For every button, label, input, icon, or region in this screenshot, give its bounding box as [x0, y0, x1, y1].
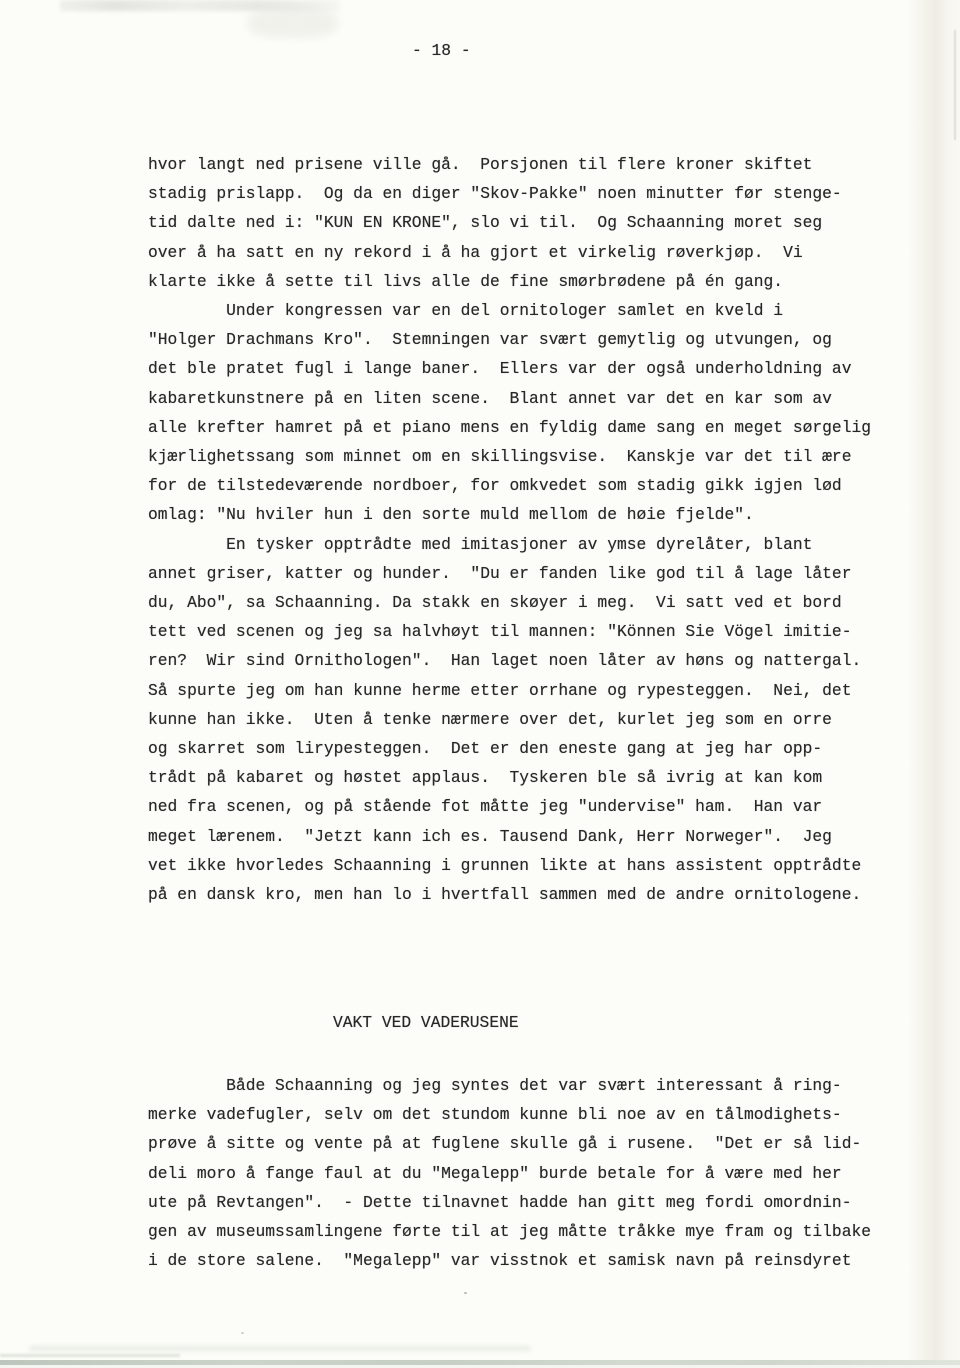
text-line: hvor langt ned prisene ville gå. Porsjon… [148, 150, 908, 179]
text-line: klarte ikke å sette til livs alle de fin… [148, 267, 908, 296]
scan-edge-right-band [908, 0, 960, 1368]
text-line: i de store salene. "Megalepp" var visstn… [148, 1246, 908, 1275]
text-line: du, Abo", sa Schaanning. Da stakk en skø… [148, 588, 908, 617]
text-line: ren? Wir sind Ornithologen". Han laget n… [148, 646, 908, 675]
text-line: kabaretkunstnere på en liten scene. Blan… [148, 384, 908, 413]
text-line: "Holger Drachmans Kro". Stemningen var s… [148, 325, 908, 354]
text-line: tid dalte ned i: "KUN EN KRONE", slo vi … [148, 208, 908, 237]
text-line: deli moro å fange faul at du "Megalepp" … [148, 1159, 908, 1188]
text-line: merke vadefugler, selv om det stundom ku… [148, 1100, 908, 1129]
scan-smudge-top-blob [248, 8, 338, 38]
scan-rule-bottom-left [0, 1354, 180, 1357]
text-line: annet griser, katter og hunder. "Du er f… [148, 559, 908, 588]
text-line: vet ikke hvorledes Schaanning i grunnen … [148, 851, 908, 880]
text-block-section: Både Schaanning og jeg syntes det var sv… [148, 1071, 908, 1275]
text-line: over å ha satt en ny rekord i å ha gjort… [148, 238, 908, 267]
text-line: ute på Revtangen". - Dette tilnavnet had… [148, 1188, 908, 1217]
section-heading: VAKT VED VADERUSENE [333, 1008, 519, 1037]
text-line: for de tilstedeværende nordboer, for omk… [148, 471, 908, 500]
page-number: - 18 - [412, 36, 471, 65]
scan-speck [464, 1292, 467, 1294]
scan-speck [241, 1332, 244, 1334]
text-line: gen av museumssamlingene førte til at je… [148, 1217, 908, 1246]
text-block-main: hvor langt ned prisene ville gå. Porsjon… [148, 150, 908, 909]
text-line: En tysker opptrådte med imitasjoner av y… [148, 530, 908, 559]
scan-edge-right-line [954, 30, 956, 140]
text-line: prøve å sitte og vente på at fuglene sku… [148, 1129, 908, 1158]
text-line: og skarret som lirypesteggen. Det er den… [148, 734, 908, 763]
text-line: tett ved scenen og jeg sa halvhøyt til m… [148, 617, 908, 646]
text-line: det ble pratet fugl i lange baner. Eller… [148, 354, 908, 383]
text-line: kjærlighetssang som minnet om en skillin… [148, 442, 908, 471]
text-line: stadig prislapp. Og da en diger "Skov-Pa… [148, 179, 908, 208]
text-line: meget lærenem. "Jetzt kann ich es. Tause… [148, 822, 908, 851]
scan-smudge-bottom [30, 1346, 530, 1351]
text-line: kunne han ikke. Uten å tenke nærmere ove… [148, 705, 908, 734]
text-line: på en dansk kro, men han lo i hvertfall … [148, 880, 908, 909]
text-line: omlag: "Nu hviler hun i den sorte muld m… [148, 500, 908, 529]
text-line: alle krefter hamret på et piano mens en … [148, 413, 908, 442]
text-line: trådt på kabaret og høstet applaus. Tysk… [148, 763, 908, 792]
text-line: Både Schaanning og jeg syntes det var sv… [148, 1071, 908, 1100]
text-line: Så spurte jeg om han kunne herme etter o… [148, 676, 908, 705]
scanned-document-page: - 18 - hvor langt ned prisene ville gå. … [0, 0, 960, 1368]
text-line: Under kongressen var en del ornitologer … [148, 296, 908, 325]
text-line: ned fra scenen, og på stående fot måtte … [148, 792, 908, 821]
